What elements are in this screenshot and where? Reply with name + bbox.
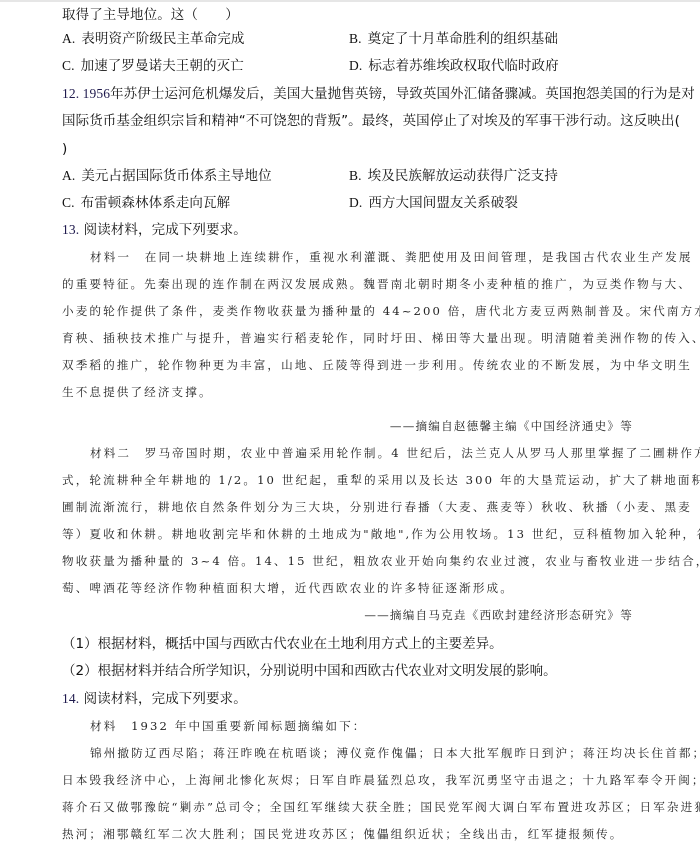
q14-material-line-1: 锦州撤防辽西尽陷；蒋汪昨晚在杭晤谈；溥仪竟作傀儡；日本大批军舰昨日到沪；蒋汪均决… [90, 744, 662, 762]
option-text: 标志着苏维埃政权取代临时政府 [368, 58, 558, 74]
material2-line-1: 材料二 罗马帝国时期，农业中普遍采用轮作制。4 世纪后，法兰克人从罗马人那里掌握… [90, 444, 662, 462]
q12-option-d: D.西方大国间盟友关系破裂 [349, 194, 518, 212]
option-text: 布雷顿森林体系走向瓦解 [81, 195, 231, 211]
option-letter: B. [349, 168, 362, 183]
q14-stem-text: 阅读材料，完成下列要求。 [84, 691, 247, 707]
q12-option-c: C.布雷顿森林体系走向瓦解 [62, 194, 230, 212]
q11-option-c: C.加速了罗曼诺夫王朝的灭亡 [62, 57, 244, 75]
material2-line-2: 式，轮流耕种全年耕地的 1/2。10 世纪起，重犁的采用以及长达 300 年的大… [62, 471, 634, 489]
option-letter: A. [62, 168, 75, 183]
material1-line-3: 小麦的轮作提供了条件，麦类作物收获量为播种量的 44~200 倍，唐代北方麦豆两… [62, 302, 634, 320]
q13-stem-text: 阅读材料，完成下列要求。 [84, 222, 247, 238]
q13-requirement-2: （2）根据材料并结合所学知识，分别说明中国和西欧古代农业对文明发展的影响。 [62, 662, 557, 680]
material2-source: ——摘编自马克垚《西欧封建经济形态研究》等 [0, 606, 633, 624]
option-text: 奠定了十月革命胜利的组织基础 [368, 31, 558, 47]
q14-stem: 14. 阅读材料，完成下列要求。 [62, 690, 247, 708]
q12-option-a: A.美元占据国际货币体系主导地位 [62, 167, 272, 185]
material1-line-5: 双季稻的推广，轮作物种更为丰富，山地、丘陵等得到进一步利用。传统农业的不断发展，… [62, 356, 634, 374]
option-letter: D. [349, 58, 362, 73]
q12-option-b: B.埃及民族解放运动获得广泛支持 [349, 167, 558, 185]
question-number: 12. 1956 [62, 86, 110, 101]
material2-line-4: 等）夏收和休耕。耕地收割完毕和休耕的土地成为"敞地",作为公用牧场。13 世纪，… [62, 525, 634, 543]
option-text: 美元占据国际货币体系主导地位 [81, 168, 271, 184]
q13-requirement-1: （1）根据材料，概括中国与西欧古代农业在土地利用方式上的主要差异。 [62, 635, 503, 653]
option-text: 西方大国间盟友关系破裂 [368, 195, 518, 211]
q14-material-line-3: 蒋介石又做鄂豫皖“剿赤”总司令；全国红军继续大获全胜；国民党军阀大调白军布置进攻… [62, 798, 634, 816]
question-number: 14. [62, 691, 79, 706]
q11-stem-tail: 取得了主导地位。这（ ） [62, 6, 239, 24]
material2-line-5: 物收获量为播种量的 3~4 倍。14、15 世纪，粗放农业开始向集约农业过渡，农… [62, 552, 634, 570]
material1-line-1: 材料一 在同一块耕地上连续耕作，重视水利灌溉、粪肥使用及田间管理，是我国古代农业… [90, 248, 662, 266]
q14-material-line-4: 热河；湘鄂赣红军二次大胜利；国民党进攻苏区；傀儡组织近状；全线出击，红军捷报频传… [62, 825, 634, 843]
q11-option-a: A.表明资产阶级民主革命完成 [62, 30, 245, 48]
option-letter: C. [62, 195, 75, 210]
q12-stem-line-2: 国际货币基金组织宗旨和精神“不可饶恕的背叛”。最终，英国停止了对埃及的军事干涉行… [62, 112, 680, 130]
material2-line-6: 萄、啤酒花等经济作物种植面积大增，近代西欧农业的许多特征逐渐形成。 [62, 579, 634, 597]
option-text: 加速了罗曼诺夫王朝的灭亡 [81, 58, 244, 74]
exam-page: 取得了主导地位。这（ ） A.表明资产阶级民主革命完成 B.奠定了十月革命胜利的… [0, 0, 700, 852]
material1-line-6: 生不息提供了经济支撑。 [62, 383, 634, 401]
q13-stem: 13. 阅读材料，完成下列要求。 [62, 221, 247, 239]
option-letter: A. [62, 31, 75, 46]
material1-line-4: 育秧、插秧技术推广与提升，普遍实行稻麦轮作，同时圩田、梯田等大量出现。明清随着美… [62, 329, 634, 347]
material1-source: ——摘编自赵德馨主编《中国经济通史》等 [0, 417, 633, 435]
option-text: 表明资产阶级民主革命完成 [81, 31, 244, 47]
q12-stem-line-1: 12. 1956年苏伊士运河危机爆发后，美国大量抛售英镑，导致英国外汇储备骤减。… [62, 85, 695, 103]
material2-line-3: 圃制流渐流行，耕地依自然条件划分为三大块，分别进行春播（大麦、燕麦等）秋收、秋播… [62, 498, 634, 516]
question-number: 13. [62, 222, 79, 237]
option-text: 埃及民族解放运动获得广泛支持 [368, 168, 558, 184]
q11-option-b: B.奠定了十月革命胜利的组织基础 [349, 30, 558, 48]
q12-stem-text: 年苏伊士运河危机爆发后，美国大量抛售英镑，导致英国外汇储备骤减。英国抱怨美国的行… [110, 86, 695, 102]
q12-stem-line-3: ) [62, 140, 67, 158]
option-letter: D. [349, 195, 362, 210]
option-letter: C. [62, 58, 75, 73]
q11-option-d: D.标志着苏维埃政权取代临时政府 [349, 57, 559, 75]
q14-material-intro: 材料 1932 年中国重要新闻标题摘编如下： [90, 717, 662, 735]
material1-line-2: 的重要特征。先秦出现的连作制在两汉发展成熟。魏晋南北朝时期冬小麦种植的推广，为豆… [62, 275, 634, 293]
q14-material-line-2: 日本毁我经济中心，上海闸北惨化灰烬；日军自昨晨猛烈总攻，我军沉勇坚守击退之；十九… [62, 771, 634, 789]
option-letter: B. [349, 31, 362, 46]
